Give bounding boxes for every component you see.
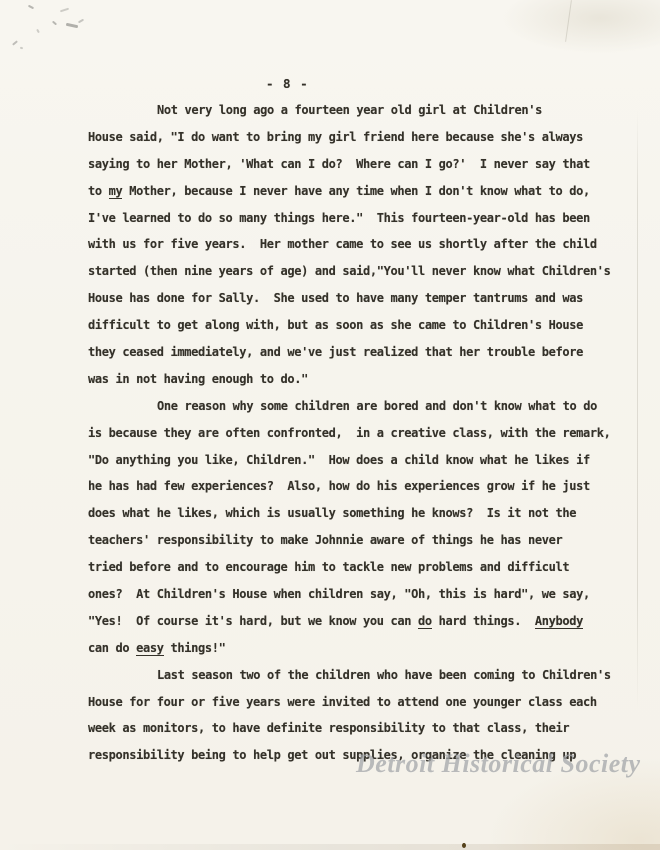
- text-line: to my Mother, because I never have any t…: [88, 178, 628, 205]
- text-segment: Mother, because I never have any time wh…: [122, 184, 589, 198]
- text-segment: Not very long ago a fourteen year old gi…: [157, 103, 542, 117]
- text-segment: with us for five years. Her mother came …: [88, 237, 597, 251]
- text-segment: "Yes! Of course it's hard, but we know y…: [88, 614, 418, 628]
- pencil-mark: [78, 19, 84, 24]
- page-number: - 8 -: [266, 76, 309, 91]
- underlined-text: Anybody: [535, 614, 583, 629]
- pencil-mark: [28, 5, 34, 10]
- text-line: "Yes! Of course it's hard, but we know y…: [88, 608, 628, 635]
- text-segment: tried before and to encourage him to tac…: [88, 560, 569, 574]
- text-line: ones? At Children's House when children …: [88, 581, 628, 608]
- text-line: One reason why some children are bored a…: [88, 393, 628, 420]
- text-segment: House has done for Sally. She used to ha…: [88, 291, 583, 305]
- pencil-mark: [52, 21, 57, 26]
- text-line: teachers' responsibility to make Johnnie…: [88, 527, 628, 554]
- text-segment: difficult to get along with, but as soon…: [88, 318, 583, 332]
- text-segment: House said, "I do want to bring my girl …: [88, 130, 583, 144]
- text-line: with us for five years. Her mother came …: [88, 231, 628, 258]
- text-segment: was in not having enough to do.": [88, 372, 308, 386]
- text-line: can do easy things!": [88, 635, 628, 662]
- text-line: House said, "I do want to bring my girl …: [88, 124, 628, 151]
- text-segment: week as monitors, to have definite respo…: [88, 721, 569, 735]
- text-segment: is because they are often confronted, in…: [88, 426, 610, 440]
- bottom-edge-shadow: [0, 844, 660, 850]
- paper-scratch-line: [565, 0, 572, 42]
- text-segment: ones? At Children's House when children …: [88, 587, 590, 601]
- pencil-mark: [20, 47, 23, 49]
- text-segment: they ceased immediately, and we've just …: [88, 345, 583, 359]
- watermark: Detroit Historical Society: [356, 749, 656, 779]
- text-line: does what he likes, which is usually som…: [88, 500, 628, 527]
- text-segment: he has had few experiences? Also, how do…: [88, 479, 590, 493]
- text-segment: I've learned to do so many things here."…: [88, 211, 590, 225]
- text-line: they ceased immediately, and we've just …: [88, 339, 628, 366]
- text-segment: started (then nine years of age) and sai…: [88, 264, 610, 278]
- pencil-mark: [12, 40, 18, 45]
- text-segment: hard things.: [432, 614, 535, 628]
- document-body: Not very long ago a fourteen year old gi…: [88, 97, 628, 769]
- text-line: I've learned to do so many things here."…: [88, 205, 628, 232]
- text-segment: Last season two of the children who have…: [157, 668, 611, 682]
- underlined-text: my: [109, 184, 123, 199]
- document-page: - 8 - Not very long ago a fourteen year …: [0, 0, 660, 850]
- pencil-mark: [66, 23, 78, 28]
- pencil-mark: [36, 29, 40, 33]
- text-segment: House for four or five years were invite…: [88, 695, 597, 709]
- text-line: is because they are often confronted, in…: [88, 420, 628, 447]
- text-line: started (then nine years of age) and sai…: [88, 258, 628, 285]
- paper-crease: [637, 110, 638, 710]
- text-line: was in not having enough to do.": [88, 366, 628, 393]
- underlined-text: do: [418, 614, 432, 629]
- text-line: Last season two of the children who have…: [88, 662, 628, 689]
- text-segment: teachers' responsibility to make Johnnie…: [88, 533, 562, 547]
- text-segment: things!": [164, 641, 226, 655]
- text-line: Not very long ago a fourteen year old gi…: [88, 97, 628, 124]
- text-line: "Do anything you like, Children." How do…: [88, 447, 628, 474]
- text-line: House for four or five years were invite…: [88, 689, 628, 716]
- text-line: he has had few experiences? Also, how do…: [88, 473, 628, 500]
- text-segment: does what he likes, which is usually som…: [88, 506, 576, 520]
- text-segment: One reason why some children are bored a…: [157, 399, 597, 413]
- text-segment: can do: [88, 641, 136, 655]
- text-segment: to: [88, 184, 109, 198]
- text-line: House has done for Sally. She used to ha…: [88, 285, 628, 312]
- text-segment: "Do anything you like, Children." How do…: [88, 453, 590, 467]
- text-line: saying to her Mother, 'What can I do? Wh…: [88, 151, 628, 178]
- pencil-mark: [60, 8, 69, 13]
- text-line: tried before and to encourage him to tac…: [88, 554, 628, 581]
- text-segment: saying to her Mother, 'What can I do? Wh…: [88, 157, 590, 171]
- underlined-text: easy: [136, 641, 164, 656]
- text-line: difficult to get along with, but as soon…: [88, 312, 628, 339]
- text-line: week as monitors, to have definite respo…: [88, 715, 628, 742]
- pencil-smudges: [0, 0, 100, 70]
